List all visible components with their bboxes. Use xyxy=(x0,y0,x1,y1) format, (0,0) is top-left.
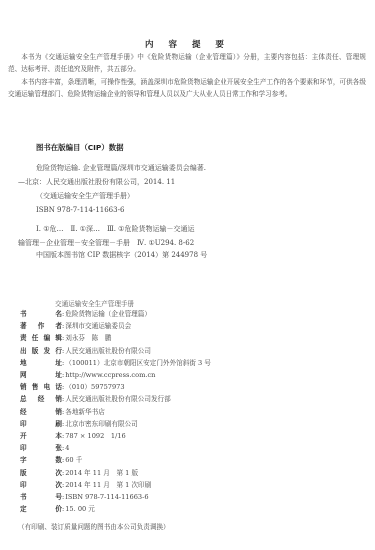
summary-paragraph: 本书为《交通运输安全生产管理手册》中《危险货物运输（企业管理篇）》分册，主要内容… xyxy=(8,51,366,76)
field-label: 书号 xyxy=(20,491,62,503)
quality-note: （有印刷、装订质量问题的图书由本公司负责调换） xyxy=(18,521,170,531)
cip-line: 输管理－企业管理－安全管理－手册 Ⅳ. ①U294. 8-62 xyxy=(18,236,278,250)
field-value: 787 × 1092 1/16 xyxy=(64,430,125,442)
copyright-row: 定价:15. 00 元 xyxy=(20,503,320,515)
field-label: 印次 xyxy=(20,479,62,491)
field-value: 60 千 xyxy=(64,454,82,466)
summary-title: 内 容 提 要 xyxy=(0,38,375,50)
field-label: 印刷 xyxy=(20,418,62,430)
field-label: 经销 xyxy=(20,406,62,418)
copyright-row: 字数:60 千 xyxy=(20,454,320,466)
cip-line: Ⅰ. ①危… Ⅱ. ①深… Ⅲ. ①危险货物运输－交通运 xyxy=(18,222,278,236)
field-value: 刘永芬 陈 鹏 xyxy=(64,332,111,344)
field-value: 危险货物运输（企业管理篇） xyxy=(64,308,151,320)
field-value: 15. 00 元 xyxy=(64,503,95,515)
field-value: （010）59757973 xyxy=(64,381,124,393)
field-value: 人民交通出版社股份有限公司 xyxy=(64,345,151,357)
field-label: 地址 xyxy=(20,357,62,369)
cip-line: ISBN 978-7-114-11663-6 xyxy=(18,203,278,217)
field-value: 2014 年 11 月 第 1 次印刷 xyxy=(64,479,151,491)
copyright-row: 印张:4 xyxy=(20,442,320,454)
field-value: 4 xyxy=(64,442,69,454)
cip-line: （交通运输安全生产管理手册） xyxy=(18,189,278,203)
copyright-row: 出版发行:人民交通出版社股份有限公司 xyxy=(20,345,320,357)
field-label: 销售电话 xyxy=(20,381,62,393)
field-label: 责任编辑 xyxy=(20,332,62,344)
field-label: 版次 xyxy=(20,467,62,479)
cip-heading: 图书在版编目（CIP）数据 xyxy=(36,142,124,153)
copyright-page: 内 容 提 要 本书为《交通运输安全生产管理手册》中《危险货物运输（企业管理篇）… xyxy=(0,0,375,550)
field-value: （100011）北京市朝阳区安定门外外馆斜街 3 号 xyxy=(64,357,211,369)
field-label: 总经销 xyxy=(20,393,62,405)
field-label: 网址 xyxy=(20,369,62,381)
copyright-row: 总经销:人民交通出版社股份有限公司发行部 xyxy=(20,393,320,405)
field-value: 北京市密东印刷有限公司 xyxy=(64,418,138,430)
field-label: 定价 xyxy=(20,503,62,515)
field-value: 各地新华书店 xyxy=(64,406,105,418)
field-value: 人民交通出版社股份有限公司发行部 xyxy=(64,393,171,405)
copyright-row: 书名:危险货物运输（企业管理篇） xyxy=(20,308,320,320)
cip-line: 危险货物运输. 企业管理篇/深圳市交通运输委员会编著. xyxy=(18,161,278,175)
field-value: ISBN 978-7-114-11663-6 xyxy=(64,491,148,503)
cip-block: 危险货物运输. 企业管理篇/深圳市交通运输委员会编著. —北京：人民交通出版社股… xyxy=(18,161,278,250)
summary-body: 本书为《交通运输安全生产管理手册》中《危险货物运输（企业管理篇）》分册，主要内容… xyxy=(8,51,366,101)
copyright-row: 开本:787 × 1092 1/16 xyxy=(20,430,320,442)
field-label: 字数 xyxy=(20,454,62,466)
copyright-row: 销售电话:（010）59757973 xyxy=(20,381,320,393)
copyright-row: 印次:2014 年 11 月 第 1 次印刷 xyxy=(20,479,320,491)
field-label: 著作者 xyxy=(20,320,62,332)
summary-paragraph: 本书内容丰富，条理清晰，可操作性强，涵盖深圳市危险货物运输企业开展安全生产工作的… xyxy=(8,76,366,101)
copyright-row: 著作者:深圳市交通运输委员会 xyxy=(20,320,320,332)
field-label: 出版发行 xyxy=(20,345,62,357)
copyright-row: 经销:各地新华书店 xyxy=(20,406,320,418)
cip-line: —北京：人民交通出版社股份有限公司，2014. 11 xyxy=(18,175,278,189)
copyright-row: 地址:（100011）北京市朝阳区安定门外外馆斜街 3 号 xyxy=(20,357,320,369)
cip-record-number: 中国版本图书馆 CIP 数据核字（2014）第 244978 号 xyxy=(36,250,207,260)
copyright-row: 责任编辑:刘永芬 陈 鹏 xyxy=(20,332,320,344)
copyright-row: 版次:2014 年 11 月 第 1 版 xyxy=(20,467,320,479)
field-value: 深圳市交通运输委员会 xyxy=(64,320,131,332)
field-value: 2014 年 11 月 第 1 版 xyxy=(64,467,138,479)
field-value: http://www.ccpress.com.cn xyxy=(64,369,155,381)
field-label: 印张 xyxy=(20,442,62,454)
series-title: 交通运输安全生产管理手册 xyxy=(55,298,134,308)
copyright-fields: 书名:危险货物运输（企业管理篇）著作者:深圳市交通运输委员会责任编辑:刘永芬 陈… xyxy=(20,308,320,515)
field-label: 开本 xyxy=(20,430,62,442)
field-label: 书名 xyxy=(20,308,62,320)
copyright-row: 网址:http://www.ccpress.com.cn xyxy=(20,369,320,381)
copyright-row: 印刷:北京市密东印刷有限公司 xyxy=(20,418,320,430)
copyright-row: 书号:ISBN 978-7-114-11663-6 xyxy=(20,491,320,503)
